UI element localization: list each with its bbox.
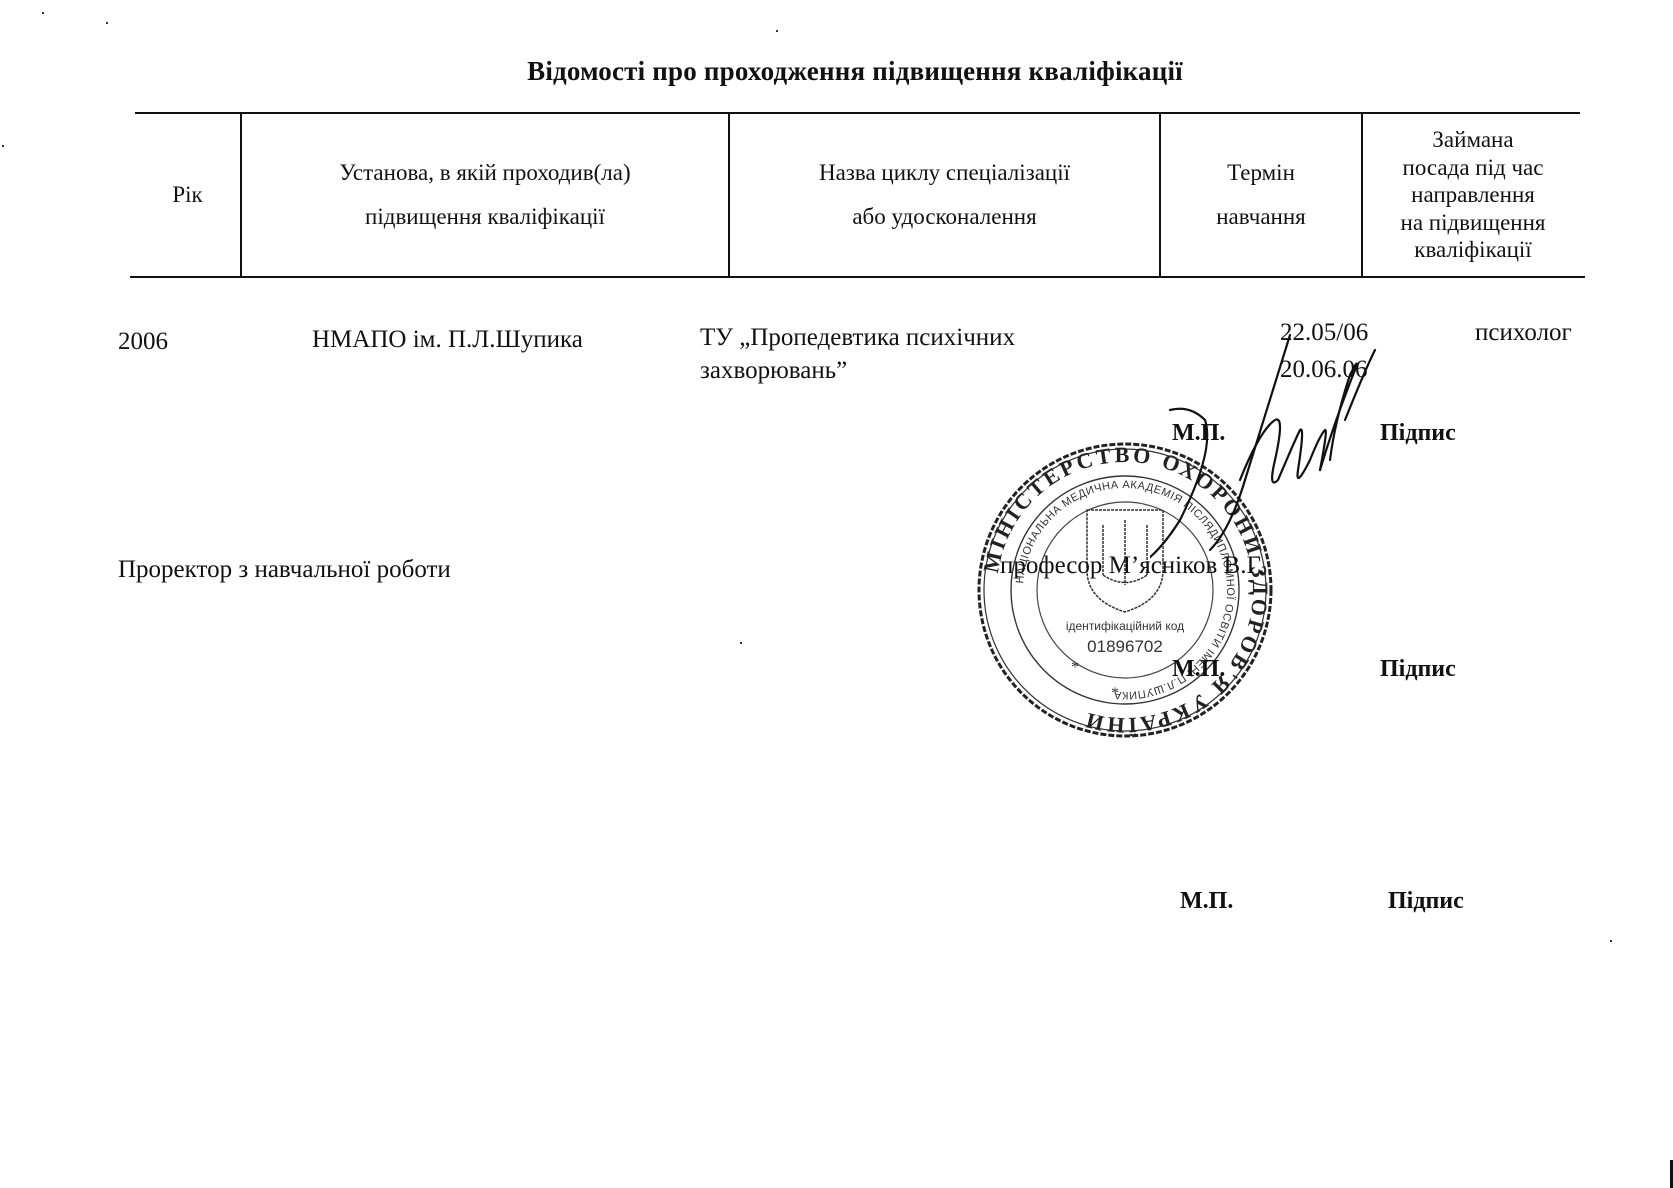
star-icon: * <box>1111 685 1119 702</box>
header-position-line: Займана <box>1401 126 1546 154</box>
signature-label-1: Підпис <box>1380 420 1456 447</box>
table-header-bottom-border <box>130 276 1585 278</box>
header-position-line: направлення <box>1401 181 1546 209</box>
header-institution-line: підвищення кваліфікації <box>339 195 630 239</box>
header-cycle: Назва циклу спеціалізації або удосконале… <box>730 114 1159 276</box>
header-cycle-line: Назва циклу спеціалізації <box>819 151 1070 195</box>
row-cycle-line1: ТУ „Пропедевтика психічних <box>700 324 1015 352</box>
signature-label-3: Підпис <box>1388 888 1464 915</box>
header-position-line: на підвищення <box>1401 209 1546 237</box>
header-institution-line: Установа, в якій проходив(ла) <box>339 151 630 195</box>
header-position: Займана посада під час направлення на пі… <box>1363 114 1583 276</box>
stamp-code: 01896702 <box>1087 637 1163 656</box>
scan-speck <box>2 145 4 147</box>
row-cycle-line2: захворювань” <box>700 357 847 385</box>
scan-speck <box>740 642 742 644</box>
seal-placeholder-2: М.П. <box>1172 656 1225 683</box>
scan-speck <box>1610 940 1612 942</box>
header-term-line: навчання <box>1216 195 1305 239</box>
header-institution: Установа, в якій проходив(ла) підвищення… <box>242 114 728 276</box>
scan-speck <box>106 22 108 24</box>
row-year: 2006 <box>118 328 168 356</box>
scan-speck <box>42 12 44 14</box>
header-term: Термін навчання <box>1161 114 1361 276</box>
scan-speck <box>776 30 778 32</box>
signatory-name: професор М’ясніков В.Г. <box>1000 552 1264 580</box>
stamp-code-label: ідентифікаційний код <box>1066 619 1184 633</box>
header-position-line: кваліфікації <box>1401 236 1546 264</box>
header-term-line: Термін <box>1216 151 1305 195</box>
signatory-title: Проректор з навчальної роботи <box>118 556 451 584</box>
header-cycle-line: або удосконалення <box>819 195 1070 239</box>
row-position: психолог <box>1475 319 1572 347</box>
row-institution: НМАПО ім. П.Л.Шупика <box>312 326 583 354</box>
signature-label-2: Підпис <box>1380 656 1456 683</box>
seal-placeholder-3: М.П. <box>1180 888 1233 915</box>
document-title: Відомості про проходження підвищення ква… <box>0 56 1673 87</box>
header-year-label: Рік <box>172 182 202 207</box>
handwritten-signature <box>1150 330 1410 580</box>
star-icon: * <box>1071 659 1079 676</box>
seal-placeholder-1: М.П. <box>1172 420 1225 447</box>
header-year: Рік <box>135 114 240 276</box>
header-position-line: посада під час <box>1401 154 1546 182</box>
